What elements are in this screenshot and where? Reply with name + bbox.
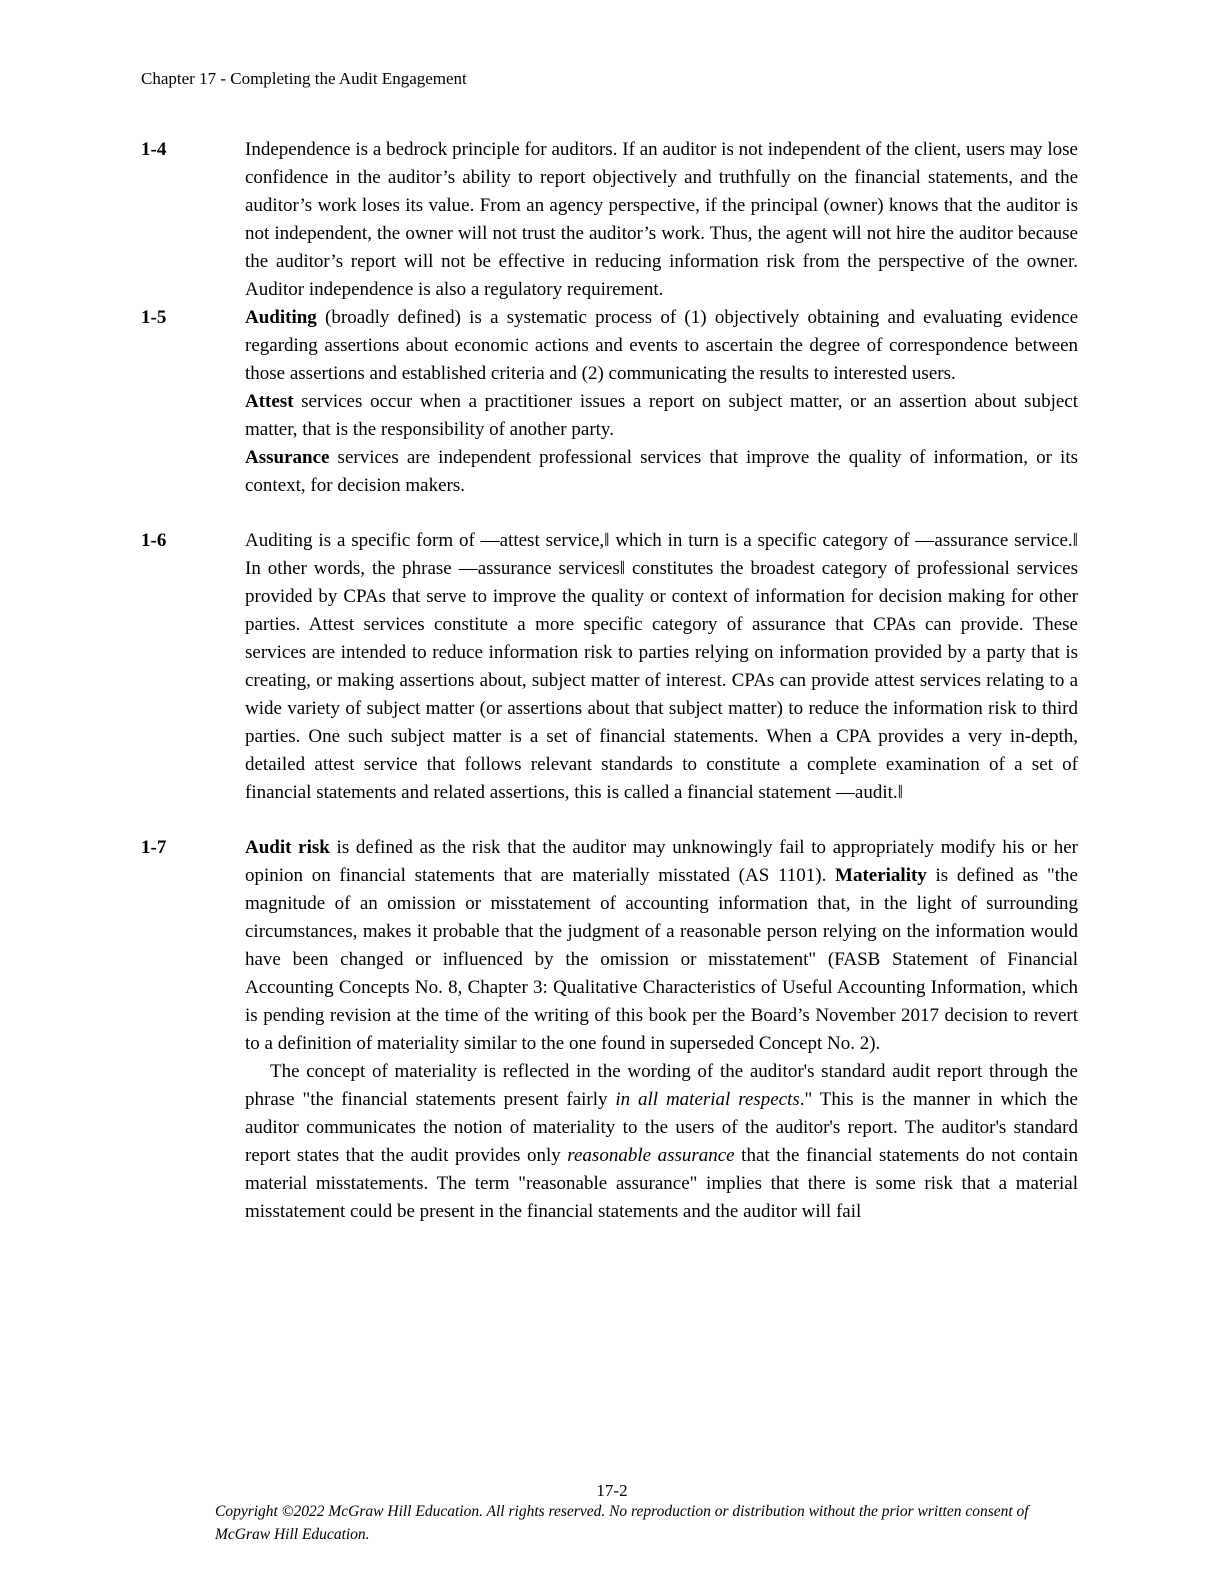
italic-phrase: in all material respects — [615, 1089, 799, 1110]
text-run: services are independent professional se… — [245, 447, 1078, 496]
text-run: (broadly defined) is a systematic proces… — [245, 307, 1078, 384]
running-header: Chapter 17 - Completing the Audit Engage… — [141, 68, 467, 90]
question-answer-text: Auditing is a specific form of ―attest s… — [245, 527, 1078, 807]
paragraph: Assurance services are independent profe… — [245, 444, 1078, 500]
text-run: Auditing is a specific form of ―attest s… — [245, 530, 1078, 803]
paragraph: The concept of materiality is reflected … — [245, 1058, 1078, 1226]
question-answer-text: Audit risk is defined as the risk that t… — [245, 834, 1078, 1226]
question-number: 1-5 — [141, 304, 245, 332]
bold-term: Auditing — [245, 307, 317, 328]
question-answer-text: Auditing (broadly defined) is a systemat… — [245, 304, 1078, 500]
document-page: Chapter 17 - Completing the Audit Engage… — [0, 0, 1224, 1584]
running-header-text: Chapter 17 - Completing the Audit Engage… — [141, 69, 467, 88]
paragraph: Independence is a bedrock principle for … — [245, 136, 1078, 304]
question-item: 1-5Auditing (broadly defined) is a syste… — [141, 304, 1078, 500]
copyright-notice: Copyright ©2022 McGraw Hill Education. A… — [215, 1500, 1085, 1546]
page-number: 17-2 — [0, 1481, 1224, 1501]
question-item: 1-7Audit risk is defined as the risk tha… — [141, 834, 1078, 1226]
text-run: Independence is a bedrock principle for … — [245, 139, 1078, 300]
question-item: 1-4Independence is a bedrock principle f… — [141, 136, 1078, 304]
text-run: services occur when a practitioner issue… — [245, 391, 1078, 440]
question-number: 1-4 — [141, 136, 245, 164]
paragraph: Attest services occur when a practitione… — [245, 388, 1078, 444]
italic-phrase: reasonable assurance — [567, 1145, 734, 1166]
paragraph: Auditing (broadly defined) is a systemat… — [245, 304, 1078, 388]
paragraph: Auditing is a specific form of ―attest s… — [245, 527, 1078, 807]
document-body: 1-4Independence is a bedrock principle f… — [141, 136, 1078, 1226]
bold-term: Materiality — [835, 865, 927, 886]
text-run: is defined as "the magnitude of an omiss… — [245, 865, 1078, 1054]
question-number: 1-7 — [141, 834, 245, 862]
question-answer-text: Independence is a bedrock principle for … — [245, 136, 1078, 304]
bold-term: Assurance — [245, 447, 329, 468]
bold-term: Audit risk — [245, 837, 330, 858]
paragraph: Audit risk is defined as the risk that t… — [245, 834, 1078, 1058]
question-number: 1-6 — [141, 527, 245, 555]
question-item: 1-6Auditing is a specific form of ―attes… — [141, 527, 1078, 807]
bold-term: Attest — [245, 391, 294, 412]
